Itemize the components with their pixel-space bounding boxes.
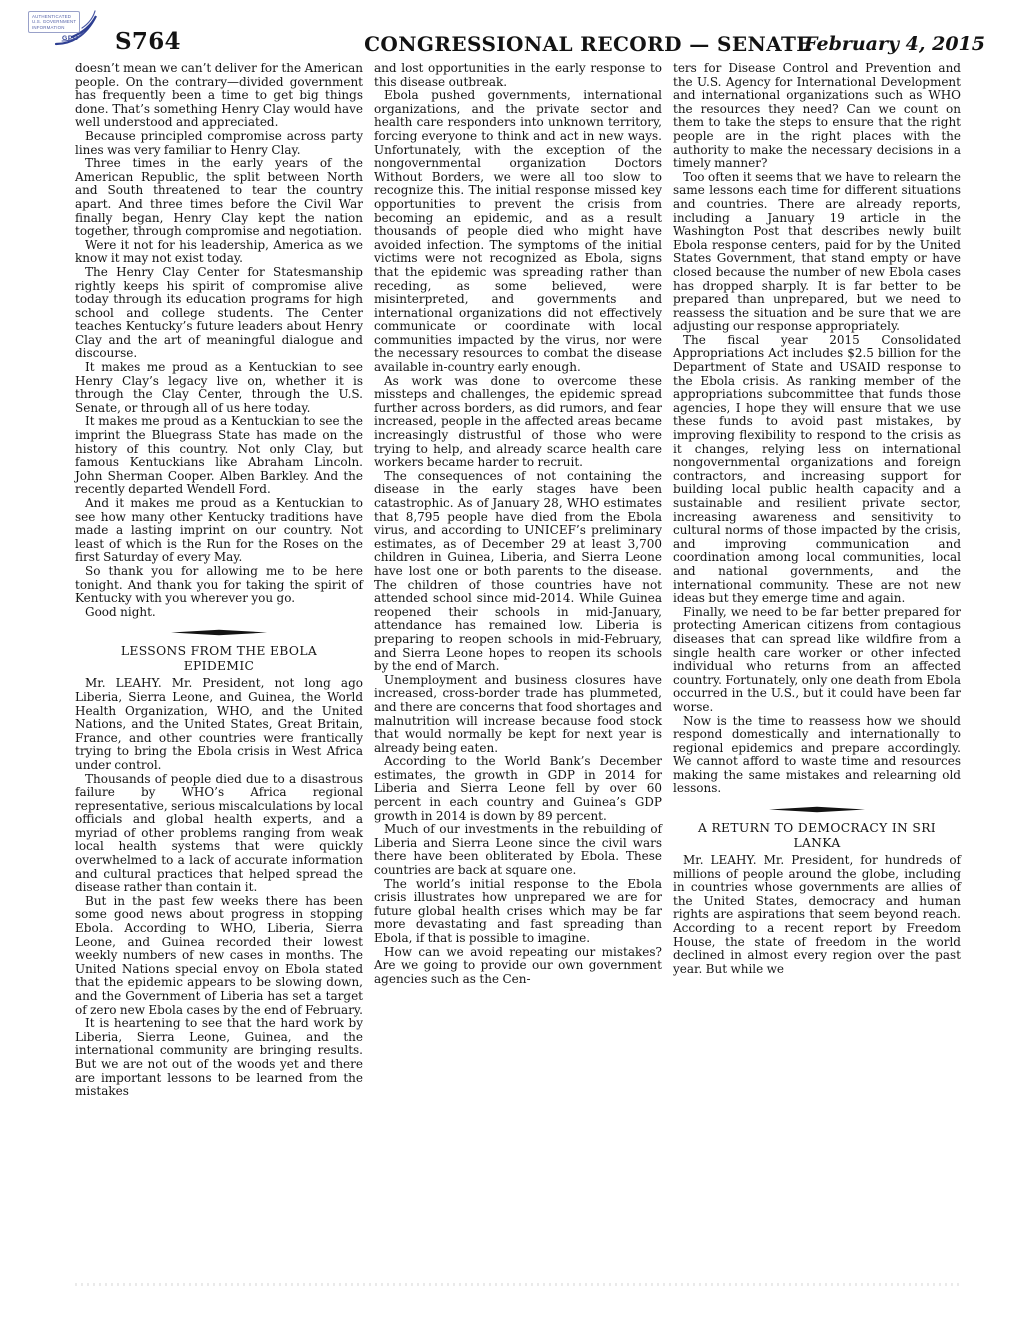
congressional-record-page: AUTHENTICATED U.S. GOVERNMENT INFORMATIO… — [0, 0, 1020, 1320]
paragraph: Mr. LEAHY. Mr. President, not long ago L… — [75, 677, 363, 772]
paragraph: Finally, we need to be far better prepar… — [673, 606, 961, 715]
gpo-seal-text: AUTHENTICATED U.S. GOVERNMENT INFORMATIO… — [28, 11, 80, 33]
paragraph: Three times in the early years of the Am… — [75, 157, 363, 239]
paragraph: Too often it seems that we have to relea… — [673, 171, 961, 334]
paragraph: As work was done to overcome these misst… — [374, 375, 662, 470]
paragraph: Thousands of people died due to a disast… — [75, 773, 363, 895]
paragraph: According to the World Bank’s December e… — [374, 755, 662, 823]
paragraph: Mr. LEAHY. Mr. President, for hundreds o… — [673, 854, 961, 976]
gpo-label: GPO — [62, 35, 79, 42]
gpo-seal: AUTHENTICATED U.S. GOVERNMENT INFORMATIO… — [26, 4, 118, 52]
masthead-title: CONGRESSIONAL RECORD — SENATE — [364, 32, 812, 56]
paragraph: The fiscal year 2015 Consolidated Approp… — [673, 334, 961, 606]
paragraph: How can we avoid repeating our mistakes?… — [374, 946, 662, 987]
paragraph: Now is the time to reassess how we shoul… — [673, 715, 961, 797]
paragraph: It makes me proud as a Kentuckian to see… — [75, 361, 363, 415]
paragraph: It makes me proud as a Kentuckian to see… — [75, 415, 363, 497]
paragraph: Good night. — [75, 606, 363, 620]
paragraph: and lost opportunities in the early resp… — [374, 62, 662, 89]
paragraph: Much of our investments in the rebuildin… — [374, 823, 662, 877]
gpo-seal-line-3: INFORMATION — [32, 25, 76, 30]
paragraph: Were it not for his leadership, America … — [75, 239, 363, 266]
section-heading: LESSONS FROM THE EBOLA EPIDEMIC — [95, 644, 343, 673]
page-number: S764 — [115, 30, 181, 54]
paragraph: ters for Disease Control and Prevention … — [673, 62, 961, 171]
column-3: ters for Disease Control and Prevention … — [673, 62, 961, 1099]
paragraph: Because principled compromise across par… — [75, 130, 363, 157]
footer-faint-print — [75, 1283, 962, 1286]
section-divider-rule — [673, 806, 961, 813]
paragraph: It is heartening to see that the hard wo… — [75, 1017, 363, 1099]
paragraph: doesn’t mean we can’t deliver for the Am… — [75, 62, 363, 130]
text-columns: doesn’t mean we can’t deliver for the Am… — [75, 62, 962, 1099]
paragraph: The consequences of not containing the d… — [374, 470, 662, 674]
paragraph: And it makes me proud as a Kentuckian to… — [75, 497, 363, 565]
paragraph: So thank you for allowing me to be here … — [75, 565, 363, 606]
issue-date: February 4, 2015 — [804, 32, 985, 56]
paragraph: Ebola pushed governments, international … — [374, 89, 662, 374]
section-divider-rule — [75, 629, 363, 636]
column-2: and lost opportunities in the early resp… — [374, 62, 662, 1099]
section-heading: A RETURN TO DEMOCRACY IN SRI LANKA — [693, 821, 941, 850]
paragraph: The Henry Clay Center for Statesmanship … — [75, 266, 363, 361]
paragraph: The world’s initial response to the Ebol… — [374, 878, 662, 946]
column-1: doesn’t mean we can’t deliver for the Am… — [75, 62, 363, 1099]
paragraph: Unemployment and business closures have … — [374, 674, 662, 756]
paragraph: But in the past few weeks there has been… — [75, 895, 363, 1017]
